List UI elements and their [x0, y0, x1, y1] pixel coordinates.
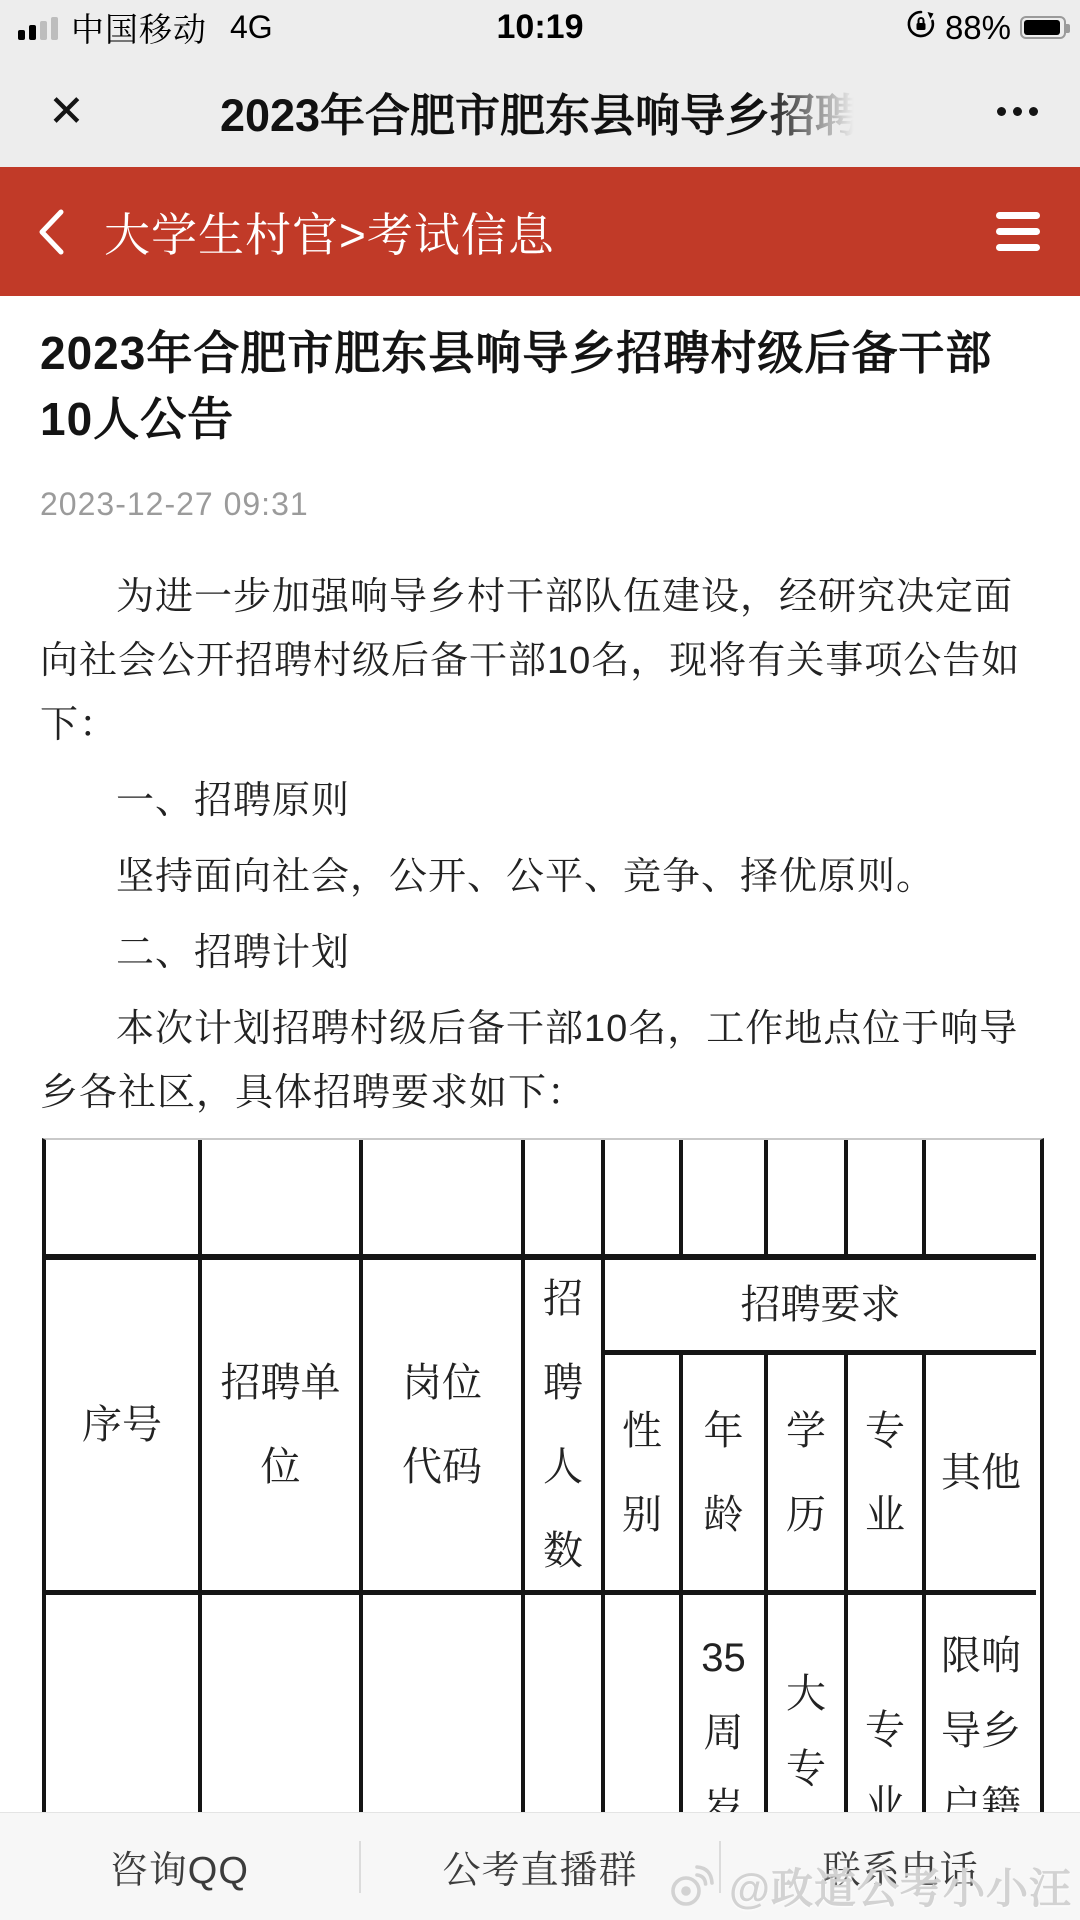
webview-title: 2023年合肥市肥东县响导乡招聘	[220, 79, 860, 144]
paragraph: 坚持面向社会，公开、公平、竞争、择优原则。	[40, 845, 1040, 909]
phone-screen: 中国移动 4G 10:19 88% ✕ 2023年合肥市肥东县响导乡招聘	[0, 0, 1080, 1920]
table-cell-empty	[363, 1140, 525, 1260]
section-heading: 一、招聘原则	[40, 769, 1040, 833]
table-cell-empty	[525, 1595, 605, 1815]
recruitment-table: 序号 招聘单 位 岗位 代码 招 聘 人 数 招聘要求 性 别 年 龄 学 历 …	[42, 1138, 1044, 1815]
table-cell-empty	[525, 1140, 605, 1260]
battery-percent-label: 88%	[945, 9, 1011, 47]
table-cell-major: 专 业	[848, 1595, 926, 1815]
menu-icon[interactable]	[996, 167, 1040, 296]
article-body: 为进一步加强响导乡村干部队伍建设，经研究决定面向社会公开招聘村级后备干部10名，…	[40, 565, 1040, 1125]
table-cell-empty	[768, 1140, 848, 1260]
breadcrumb: 大学生村官>考试信息	[104, 167, 555, 296]
table-cell-empty	[683, 1140, 768, 1260]
table-cell-empty	[605, 1595, 683, 1815]
status-right: 88%	[906, 0, 1066, 55]
webview-navbar: ✕ 2023年合肥市肥东县响导乡招聘	[0, 55, 1080, 167]
col-header-danwei: 招聘单 位	[202, 1260, 363, 1595]
section-heading: 二、招聘计划	[40, 921, 1040, 985]
table-cell-empty	[46, 1140, 202, 1260]
col-header-nianling: 年 龄	[683, 1355, 768, 1595]
table-cell-empty	[46, 1595, 202, 1815]
table-cell-empty	[848, 1140, 926, 1260]
col-header-xingbie: 性 别	[605, 1355, 683, 1595]
paragraph: 本次计划招聘村级后备干部10名，工作地点位于响导乡各社区，具体招聘要求如下：	[40, 997, 1040, 1125]
col-header-zhuanye: 专 业	[848, 1355, 926, 1595]
table-cell-age: 35 周 岁	[683, 1595, 768, 1815]
col-header-daima: 岗位 代码	[363, 1260, 525, 1595]
orientation-lock-icon	[906, 9, 936, 46]
col-header-xuhao: 序号	[46, 1260, 202, 1595]
table-cell-empty	[926, 1140, 1036, 1260]
article-date: 2023-12-27 09:31	[40, 486, 1040, 523]
battery-icon	[1020, 16, 1066, 39]
col-header-xueli: 学 历	[768, 1355, 848, 1595]
watermark: @政道公考小小汪	[665, 1856, 1072, 1916]
col-header-qita: 其他	[926, 1355, 1036, 1595]
table-cell-other: 限响 导乡 户籍	[926, 1595, 1036, 1815]
watermark-text: @政道公考小小汪	[729, 1856, 1072, 1916]
webview-title-wrap: 2023年合肥市肥东县响导乡招聘	[0, 55, 1080, 167]
table-cell-empty	[605, 1140, 683, 1260]
article-title: 2023年合肥市肥东县响导乡招聘村级后备干部10人公告	[40, 320, 1040, 452]
consult-qq-button[interactable]: 咨询QQ	[0, 1813, 359, 1920]
table-cell-empty	[202, 1595, 363, 1815]
article: 2023年合肥市肥东县响导乡招聘村级后备干部10人公告 2023-12-27 0…	[0, 296, 1080, 1815]
table-cell-empty	[363, 1595, 525, 1815]
paragraph: 为进一步加强响导乡村干部队伍建设，经研究决定面向社会公开招聘村级后备干部10名，…	[40, 565, 1040, 757]
weibo-logo-icon	[665, 1859, 721, 1914]
table-cell-empty	[202, 1140, 363, 1260]
more-options-icon[interactable]	[997, 55, 1038, 167]
site-header: 大学生村官>考试信息	[0, 167, 1080, 296]
back-chevron-icon[interactable]	[34, 167, 68, 296]
col-header-renshu: 招 聘 人 数	[525, 1260, 605, 1595]
col-header-yaoqiu: 招聘要求	[605, 1260, 1036, 1355]
table-cell-education: 大 专	[768, 1595, 848, 1815]
status-bar: 中国移动 4G 10:19 88%	[0, 0, 1080, 55]
